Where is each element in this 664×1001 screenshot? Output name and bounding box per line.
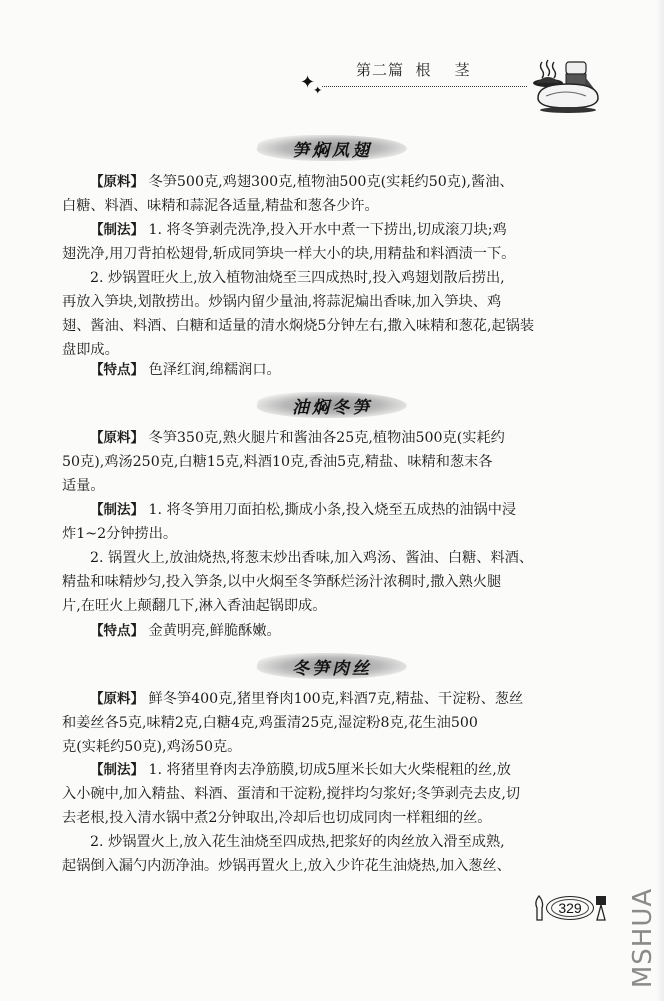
ingredients-label: 【原料】 (90, 174, 144, 190)
text-line: 白糖、料酒、味精和蒜泥各适量,精盐和葱各少许。 (62, 194, 614, 218)
watermark-text: MSHUA (628, 887, 658, 987)
text-line: 1. 将猪里脊肉去净筋膜,切成5厘米长如大火柴棍粗的丝,放 (144, 762, 511, 778)
plate-oval: 329 (546, 896, 594, 920)
text-line: 翅洗净,用刀背拍松翅骨,斩成同笋块一样大小的块,用精盐和料酒渍一下。 (62, 242, 614, 266)
text-line: 入小碗中,加入精盐、料酒、蛋清和干淀粉,搅拌均匀浆好;冬笋剥壳去皮,切 (62, 782, 614, 806)
sparkle-stars-icon: ✦✦ (300, 74, 324, 92)
text-line: 再放入笋块,划散捞出。炒锅内留少量油,将蒜泥煸出香味,加入笋块、鸡 (62, 290, 614, 314)
text-line: 冬笋500克,鸡翅300克,植物油500克(实耗约50克),酱油、 (144, 174, 514, 190)
text-line: 精盐和味精炒匀,投入笋条,以中火焖至冬笋酥烂汤汁浓稠时,撒入熟火腿 (62, 570, 614, 594)
recipe-1-method: 【制法】 1. 将冬笋剥壳洗净,投入开水中煮一下捞出,切成滚刀块;鸡 翅洗净,用… (62, 218, 614, 362)
text-line: 50克),鸡汤250克,白糖15克,料酒10克,香油5克,精盐、味精和葱末各 (62, 450, 614, 474)
text-line: 炸1~2分钟捞出。 (62, 522, 614, 546)
recipe-2-ingredients: 【原料】 冬笋350克,熟火腿片和酱油各25克,植物油500克(实耗约 50克)… (62, 426, 614, 498)
method-label: 【制法】 (90, 502, 144, 518)
text-line: 起锅倒入漏勺内沥净油。炒锅再置火上,放入少许花生油烧热,加入葱丝、 (62, 854, 614, 878)
text-line: 和姜丝各5克,味精2克,白糖4克,鸡蛋清25克,湿淀粉8克,花生油500 (62, 711, 614, 735)
text-line: 1. 将冬笋剥壳洗净,投入开水中煮一下捞出,切成滚刀块;鸡 (144, 222, 507, 238)
page-number-badge: 329 (532, 893, 612, 921)
recipe-title-text: 笋焖凤翅 (292, 136, 372, 161)
features-text: 色泽红润,绵糯润口。 (144, 362, 281, 378)
ingredients-label: 【原料】 (90, 691, 144, 707)
text-line: 克(实耗约50克),鸡汤50克。 (62, 735, 614, 759)
recipe-title-1: 笋焖凤翅 (0, 131, 664, 165)
text-line: 片,在旺火上颠翻几下,淋入香油起锅即成。 (62, 594, 614, 618)
knife-icon (532, 895, 546, 921)
recipe-2-features: 【特点】 金黄明亮,鲜脆酥嫩。 (62, 619, 614, 643)
running-header: ✦✦ 第二篇 根 茎 (300, 56, 610, 116)
text-line: 2. 炒锅置火上,放入花生油烧至四成热,把浆好的肉丝放入滑至成熟, (90, 834, 505, 850)
text-line: 去老根,投入清水锅中煮2分钟取出,冷却后也切成同肉一样粗细的丝。 (62, 806, 614, 830)
recipe-1-features: 【特点】 色泽红润,绵糯润口。 (62, 358, 614, 382)
recipe-3-ingredients: 【原料】 鲜冬笋400克,猪里脊肉100克,料酒7克,精盐、干淀粉、葱丝 和姜丝… (62, 687, 614, 759)
chapter-title: 第二篇 根 茎 (356, 59, 471, 80)
text-line: 冬笋350克,熟火腿片和酱油各25克,植物油500克(实耗约 (144, 430, 505, 446)
dotted-rule (322, 86, 527, 87)
ingredients-label: 【原料】 (90, 430, 144, 446)
method-label: 【制法】 (90, 762, 144, 778)
features-label: 【特点】 (90, 623, 144, 639)
recipe-1-ingredients: 【原料】 冬笋500克,鸡翅300克,植物油500克(实耗约50克),酱油、 白… (62, 170, 614, 218)
recipe-3-method: 【制法】 1. 将猪里脊肉去净筋膜,切成5厘米长如大火柴棍粗的丝,放 入小碗中,… (62, 758, 614, 878)
method-label: 【制法】 (90, 222, 144, 238)
chef-with-dish-icon (532, 56, 604, 114)
recipe-title-3: 冬笋肉丝 (0, 649, 664, 683)
text-line: 1. 将冬笋用刀面拍松,撕成小条,投入烧至五成热的油锅中浸 (144, 502, 516, 518)
text-line: 翅、酱油、料酒、白糖和适量的清水焖烧5分钟左右,撒入味精和葱花,起锅装 (62, 314, 614, 338)
text-line: 2. 锅置火上,放油烧热,将葱末炒出香味,加入鸡汤、酱油、白糖、料酒、 (90, 550, 533, 566)
recipe-title-text: 冬笋肉丝 (292, 654, 372, 679)
text-line: 2. 炒锅置旺火上,放入植物油烧至三四成热时,投入鸡翅划散后捞出, (90, 270, 505, 286)
fork-icon (594, 895, 608, 921)
text-line: 适量。 (62, 474, 614, 498)
features-text: 金黄明亮,鲜脆酥嫩。 (144, 623, 281, 639)
recipe-title-2: 油焖冬笋 (0, 388, 664, 422)
recipe-2-method: 【制法】 1. 将冬笋用刀面拍松,撕成小条,投入烧至五成热的油锅中浸 炸1~2分… (62, 498, 614, 618)
features-label: 【特点】 (90, 362, 144, 378)
recipe-title-text: 油焖冬笋 (292, 393, 372, 418)
watermark: MSHUA (628, 880, 658, 995)
text-line: 鲜冬笋400克,猪里脊肉100克,料酒7克,精盐、干淀粉、葱丝 (144, 691, 523, 707)
